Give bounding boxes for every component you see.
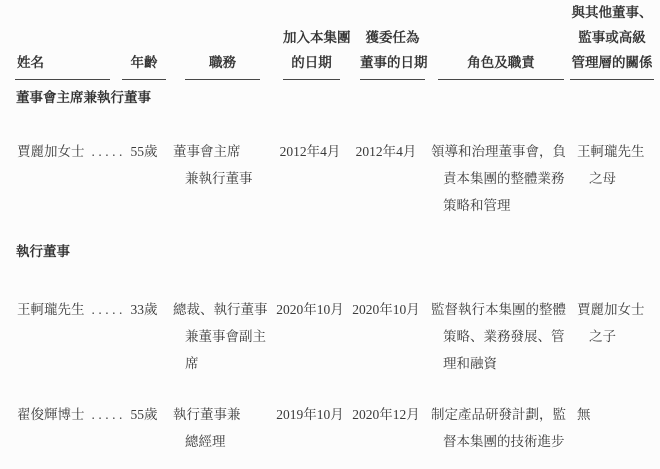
cell-line: 制定產品研發計劃，監: [431, 401, 567, 428]
appointed-date-cell: 2020年12月: [350, 401, 422, 428]
column-header-age: 年齡: [122, 50, 166, 80]
age-cell: 55歲: [122, 401, 166, 428]
cell-line: 總裁、執行董事: [173, 296, 275, 323]
position-cell: 總裁、執行董事 兼董事會副主 席: [173, 296, 275, 377]
table-header-row: 姓名 年齡 職務 加入本集團 的日期 獲委任為 董事的日期 角色及職責 與其他董…: [0, 0, 660, 80]
header-line: 監事或高級: [570, 25, 654, 50]
cell-line: 兼董事會副主: [173, 323, 275, 350]
director-name: 賈麗加女士: [17, 144, 85, 159]
header-line: 獲委任為: [360, 25, 425, 50]
cell-line: 之母: [577, 165, 657, 192]
cell-line: 總經理: [173, 428, 275, 455]
column-header-name: 姓名: [15, 50, 110, 80]
leader-dots: .....: [85, 144, 126, 159]
section-title-executive-directors: 執行董事: [16, 238, 70, 265]
director-name: 王軻瓏先生: [17, 302, 85, 317]
leader-dots: .....: [85, 407, 126, 422]
header-line: 角色及職責: [438, 50, 564, 75]
director-name: 翟俊輝博士: [17, 407, 85, 422]
leader-dots: .....: [85, 302, 126, 317]
column-header-date-joined: 加入本集團 的日期: [283, 25, 340, 80]
cell-line: 之子: [577, 323, 657, 350]
cell-line: 理和融資: [431, 350, 567, 377]
role-cell: 制定產品研發計劃，監 督本集團的技術進步: [431, 401, 567, 455]
cell-line: 督本集團的技術進步: [431, 428, 567, 455]
cell-line: 執行董事兼: [173, 401, 275, 428]
age-cell: 55歲: [122, 138, 166, 165]
cell-line: 策略和管理: [431, 192, 567, 219]
column-header-date-appointed: 獲委任為 董事的日期: [360, 25, 425, 80]
cell-line: 席: [173, 350, 275, 377]
cell-line: 監督執行本集團的整體: [431, 296, 567, 323]
section-title-chairman-executive-director: 董事會主席兼執行董事: [16, 84, 151, 111]
cell-line: 兼執行董事: [173, 165, 275, 192]
cell-line: 領導和治理董事會，負: [431, 138, 567, 165]
cell-line: 董事會主席: [173, 138, 275, 165]
role-cell: 領導和治理董事會，負 責本集團的整體業務 策略和管理: [431, 138, 567, 219]
relationship-cell: 王軻瓏先生 之母: [577, 138, 657, 192]
position-cell: 董事會主席 兼執行董事: [173, 138, 275, 192]
column-header-relationship: 與其他董事、 監事或高級 管理層的關係: [570, 0, 654, 80]
position-cell: 執行董事兼 總經理: [173, 401, 275, 455]
header-line: 職務: [185, 50, 260, 75]
name-cell: 王軻瓏先生.....: [17, 296, 135, 323]
name-cell: 賈麗加女士.....: [17, 138, 135, 165]
header-line: 的日期: [283, 50, 340, 75]
directors-table-page: 姓名 年齡 職務 加入本集團 的日期 獲委任為 董事的日期 角色及職責 與其他董…: [0, 0, 660, 469]
cell-line: 策略、業務發展、管: [431, 323, 567, 350]
header-line: 姓名: [17, 50, 110, 75]
age-cell: 33歲: [122, 296, 166, 323]
joined-date-cell: 2019年10月: [274, 401, 346, 428]
header-line: 董事的日期: [360, 50, 425, 75]
header-line: 與其他董事、: [570, 0, 654, 25]
cell-line: 無: [577, 401, 657, 428]
column-header-role: 角色及職責: [438, 50, 564, 80]
cell-line: 責本集團的整體業務: [431, 165, 567, 192]
relationship-cell: 無: [577, 401, 657, 428]
appointed-date-cell: 2012年4月: [350, 138, 422, 165]
header-line: 管理層的關係: [570, 50, 654, 75]
joined-date-cell: 2020年10月: [274, 296, 346, 323]
column-header-position: 職務: [185, 50, 260, 80]
header-line: 年齡: [122, 50, 166, 75]
name-cell: 翟俊輝博士.....: [17, 401, 135, 428]
cell-line: 王軻瓏先生: [577, 138, 657, 165]
cell-line: 賈麗加女士: [577, 296, 657, 323]
role-cell: 監督執行本集團的整體 策略、業務發展、管 理和融資: [431, 296, 567, 377]
joined-date-cell: 2012年4月: [274, 138, 346, 165]
relationship-cell: 賈麗加女士 之子: [577, 296, 657, 350]
appointed-date-cell: 2020年10月: [350, 296, 422, 323]
header-line: 加入本集團: [283, 25, 340, 50]
